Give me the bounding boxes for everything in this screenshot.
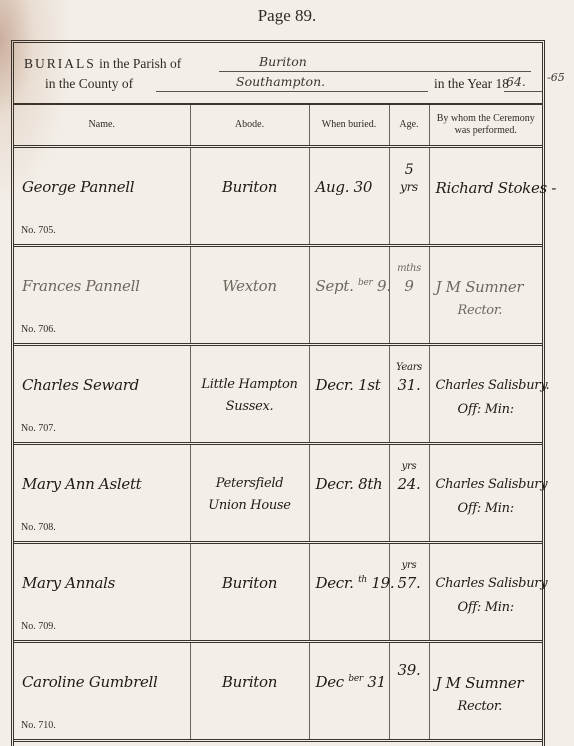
date-suffix: ber <box>358 278 373 288</box>
entry-age: yrs 24. <box>390 461 429 495</box>
entry-burial-date: Decr. th 19. <box>316 574 395 592</box>
date-day: 8th <box>358 475 382 493</box>
page-number: Page 89. <box>0 6 574 26</box>
burials-heading: BURIALS <box>24 56 96 71</box>
abode-line-1: Petersfield <box>216 476 284 491</box>
date-month: Aug. <box>316 178 350 196</box>
entry-abode: Little Hampton Sussex. <box>191 374 309 418</box>
entry-name: George Pannell <box>22 178 134 196</box>
age-unit: yrs <box>390 176 429 198</box>
entry-abode: Buriton <box>191 176 309 198</box>
abode-line-1: Little Hampton <box>201 377 297 392</box>
entry-age: 5 yrs <box>390 164 429 198</box>
entry-burial-date: Aug. 30 <box>316 178 373 196</box>
parish-line: BURIALS in the Parish of <box>24 56 181 72</box>
column-header-when-buried: When buried. <box>309 104 389 147</box>
date-suffix: th <box>358 575 367 585</box>
entry-name: Mary Annals <box>22 574 115 592</box>
entry-name: Frances Pannell <box>22 277 140 295</box>
entry-burial-date: Dec ber 31 <box>316 673 386 691</box>
entry-abode: Buriton <box>191 671 309 693</box>
abode-line-1: Buriton <box>222 574 277 592</box>
officiant-name: J M Sumner <box>436 674 524 692</box>
entry-abode: Wexton <box>191 275 309 297</box>
date-suffix: ber <box>348 674 363 684</box>
register-frame: BURIALS in the Parish of Buriton in the … <box>11 40 545 746</box>
entry-age: Years 31. <box>390 362 429 396</box>
entry-number: No. 710. <box>21 720 56 731</box>
table-row: Charles Seward No. 707. Little Hampton S… <box>14 345 542 444</box>
entry-burial-date: Sept. ber 9. <box>316 277 391 295</box>
year-field: 64. <box>504 74 542 92</box>
column-header-age: Age. <box>389 104 429 147</box>
register-title-block: BURIALS in the Parish of Buriton in the … <box>14 43 542 106</box>
parish-prefix: in the Parish of <box>99 56 181 71</box>
column-header-abode: Abode. <box>190 104 309 147</box>
officiant-name: J M Sumner <box>436 278 524 296</box>
entry-burial-date: Decr. 1st <box>316 376 381 394</box>
column-header-officiant: By whom the Ceremony was performed. <box>429 104 542 147</box>
year-prefix: in the Year 18 <box>434 76 509 92</box>
age-unit: yrs <box>390 560 429 572</box>
age-number: 57. <box>390 572 429 594</box>
officiant-title: Off: Min: <box>436 497 548 521</box>
table-row: Mary Annals No. 709. Buriton Decr. th 19… <box>14 543 542 642</box>
age-unit: Years <box>390 362 429 374</box>
entry-age: 39. <box>390 659 429 681</box>
entry-age: yrs 57. <box>390 560 429 594</box>
entry-number: No. 707. <box>21 423 56 434</box>
parish-field: Buriton <box>219 54 531 72</box>
age-number: 24. <box>390 473 429 495</box>
officiant-title: Rector. <box>436 299 524 323</box>
officiant-title: Off: Min: <box>436 596 548 620</box>
county-field: Southampton. <box>156 74 428 92</box>
entry-officiant: Charles Salisbury Off: Min: <box>436 473 548 521</box>
table-row: Frances Pannell No. 706. Wexton Sept. be… <box>14 246 542 345</box>
year-margin-note: -65 <box>547 71 565 84</box>
table-row: George Pannell No. 705. Buriton Aug. 30 <box>14 147 542 246</box>
entry-number: No. 705. <box>21 225 56 236</box>
age-number: 9 <box>390 275 429 297</box>
date-day: 1st <box>358 376 380 394</box>
entry-officiant: Richard Stokes - <box>436 176 557 200</box>
officiant-name: Charles Salisbury <box>436 477 548 492</box>
entry-name: Charles Seward <box>22 376 139 394</box>
abode-line-2: Union House <box>208 498 290 513</box>
age-unit: mths <box>390 263 429 275</box>
date-day: 30 <box>354 178 373 196</box>
column-header-name: Name. <box>14 104 190 147</box>
age-number: 39. <box>390 659 429 681</box>
officiant-name: Charles Salisbury. <box>436 378 550 393</box>
date-month: Decr. <box>316 574 354 592</box>
entry-number: No. 709. <box>21 621 56 632</box>
entry-officiant: J M Sumner Rector. <box>436 275 524 323</box>
entry-officiant: J M Sumner Rector. <box>436 671 524 719</box>
date-month: Decr. <box>316 475 354 493</box>
entry-abode: Buriton <box>191 572 309 594</box>
age-unit: yrs <box>390 461 429 473</box>
entry-officiant: Charles Salisbury Off: Min: <box>436 572 548 620</box>
date-month: Decr. <box>316 376 354 394</box>
entry-age: mths 9 <box>390 263 429 297</box>
entry-name: Mary Ann Aslett <box>22 475 141 493</box>
entry-number: No. 706. <box>21 324 56 335</box>
entry-officiant: Charles Salisbury. Off: Min: <box>436 374 550 422</box>
date-month: Dec <box>316 673 344 691</box>
date-month: Sept. <box>316 277 354 295</box>
officiant-name: Richard Stokes - <box>436 179 557 197</box>
table-row: Caroline Gumbrell No. 710. Buriton Dec b… <box>14 642 542 741</box>
abode-line-1: Buriton <box>222 178 277 196</box>
age-number: 5 <box>390 164 429 176</box>
entry-burial-date: Decr. 8th <box>316 475 383 493</box>
entry-name: Caroline Gumbrell <box>22 673 158 691</box>
county-prefix: in the County of <box>45 76 133 92</box>
date-day: 31 <box>367 673 386 691</box>
abode-line-1: Buriton <box>222 673 277 691</box>
burial-register-table: Name. Abode. When buried. Age. By whom t… <box>14 103 542 742</box>
officiant-title: Off: Min: <box>436 398 550 422</box>
age-number: 31. <box>390 374 429 396</box>
table-row: Mary Ann Aslett No. 708. Petersfield Uni… <box>14 444 542 543</box>
officiant-name: Charles Salisbury <box>436 576 548 591</box>
entry-abode: Petersfield Union House <box>191 473 309 517</box>
abode-line-1: Wexton <box>222 277 276 295</box>
entry-number: No. 708. <box>21 522 56 533</box>
abode-line-2: Sussex. <box>226 399 274 414</box>
officiant-title: Rector. <box>436 695 524 719</box>
table-header-row: Name. Abode. When buried. Age. By whom t… <box>14 104 542 147</box>
